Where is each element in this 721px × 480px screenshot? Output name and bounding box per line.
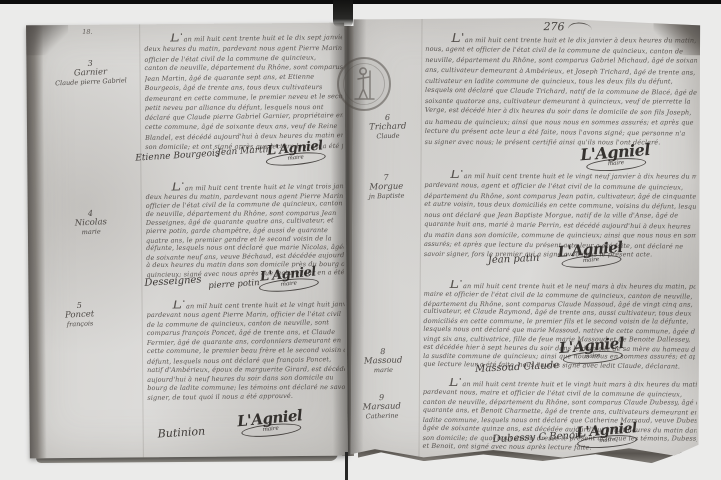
notarial-stamp (336, 56, 392, 112)
signature-witness: Desseignes (144, 274, 202, 288)
signature-paraph: L'Agniel maire (257, 264, 319, 294)
signature-witness: pierre potin (208, 278, 260, 291)
signature-witness: Jean Martin (217, 145, 272, 158)
margin-note-trichard: 6 Trichard Claude (358, 112, 417, 141)
left-page: 18. 3 Garnier Claude pierre Gabriel L'an… (26, 23, 348, 459)
signature-paraph: L'Agniel maire (236, 406, 303, 439)
margin-note-morgue: 7 Morgue jn Baptiste (356, 172, 417, 201)
page-number: 276 (543, 20, 591, 33)
right-page: 276 6 Trichard Claude L'an mil huit cent… (350, 17, 701, 460)
margin-note-nicolas: 4 Nicolas marie (45, 207, 136, 238)
stamp-figure-icon (336, 56, 392, 112)
photo-top-band (0, 0, 721, 4)
signature-witness: Massoud Claude (475, 360, 559, 375)
handwritten-line: et Benoit, ont signé avec nous après lec… (423, 442, 697, 453)
left-margin-rule (139, 24, 144, 457)
handwritten-line: su signer avec nous; le présent certifié… (425, 137, 697, 148)
folio-mark: 18. (82, 28, 92, 36)
book-spine-bottom (345, 452, 348, 480)
book-spine-top (333, 0, 353, 27)
signature-witness: Jean patin (488, 253, 540, 266)
entry-text-trichard: L'an mil huit cent trente huit et le dix… (425, 32, 698, 148)
signature-paraph: L'Agniel maire (580, 140, 652, 174)
signature-paraph: L'Agniel maire (264, 138, 326, 168)
handwritten-line: signer, de tout quoi il nous a été appro… (147, 391, 345, 402)
signature-paraph: L'Agniel maire (558, 334, 625, 366)
entry-text-garnier: L'an mil huit cent trente huit et le dix… (144, 32, 343, 153)
margin-note-poncet: 5 Poncet françois (34, 299, 125, 330)
margin-note-massoud: 8 Massoud marie (353, 346, 414, 375)
margin-note-marsaud: 9 Marsaud Catherine (350, 392, 413, 421)
register-photograph: 18. 3 Garnier Claude pierre Gabriel L'an… (0, 0, 721, 480)
signature-witness: Butinion (157, 425, 205, 441)
signature-paraph: L'Agniel maire (576, 420, 638, 450)
left-page-worn-edge (26, 25, 47, 458)
signature-paraph: L'Agniel maire (557, 238, 624, 270)
margin-note-garnier: 3 Garnier Claude pierre Gabriel (34, 56, 147, 88)
entry-text-poncet: L'an mil huit cent trente huit et le vin… (147, 299, 346, 403)
left-page-dark-corner (26, 25, 68, 55)
pen-swash (567, 21, 592, 33)
